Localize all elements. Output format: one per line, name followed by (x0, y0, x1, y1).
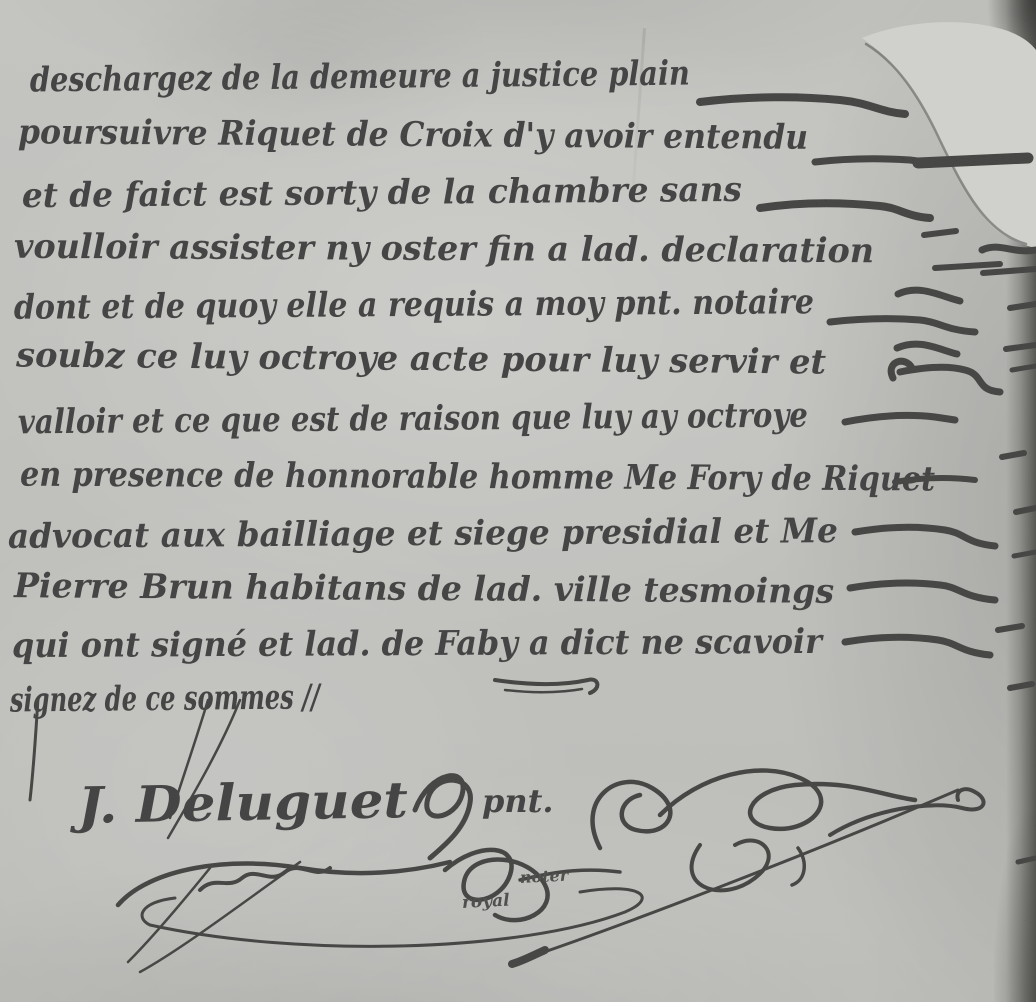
notary-annotation-line2: royal (461, 890, 510, 912)
manuscript-line-7: valloir et ce que est de raison que luy … (18, 396, 808, 443)
signature-deluguet-name: J. Deluguet (69, 770, 408, 835)
manuscript-ink-layer: deschargez de la demeure a justice plain… (0, 0, 1036, 1002)
manuscript-line-9: advocat aux bailliage et siege presidial… (8, 511, 838, 557)
manuscript-text-block: deschargez de la demeure a justice plain… (8, 54, 936, 721)
underline-faby (495, 679, 597, 693)
signature-deluguet-suffix: pnt. (482, 782, 554, 820)
manuscript-line-10: Pierre Brun habitans de lad. ville tesmo… (13, 566, 834, 612)
signature-flourish-notary: noter royal (118, 850, 642, 972)
paper-crease (629, 28, 646, 228)
pen-stroke-diagonal (515, 790, 958, 962)
manuscript-line-8: en presence de honnorable homme Me Fory … (20, 455, 935, 500)
notary-annotation-line1: noter (519, 865, 570, 887)
manuscript-line-6: soubz ce luy octroye acte pour luy servi… (15, 335, 827, 382)
manuscript-line-11: qui ont signé et lad. de Faby a dict ne … (12, 622, 824, 666)
binding-shadow-top (988, 0, 1036, 84)
manuscript-line-4: voulloir assister ny oster fin a lad. de… (14, 227, 874, 272)
manuscript-line-1: deschargez de la demeure a justice plain (30, 54, 690, 101)
manuscript-line-2: poursuivre Riquet de Croix d'y avoir ent… (18, 112, 808, 158)
signature-flourish-right (512, 770, 984, 964)
binding-shadow-bottom (994, 812, 1036, 1002)
manuscript-line-12: signez de ce sommes // (9, 677, 323, 720)
signature-deluguet-paraph (415, 776, 470, 858)
paper-grain-texture (0, 0, 1036, 1002)
manuscript-line-5: dont et de quoy elle a requis a moy pnt.… (14, 282, 814, 328)
manuscript-page: deschargez de la demeure a justice plain… (0, 0, 1036, 1002)
signature-deluguet: J. Deluguet pnt. (69, 770, 554, 858)
descender-strokes (30, 698, 240, 838)
line-end-flourishes (700, 97, 1028, 655)
